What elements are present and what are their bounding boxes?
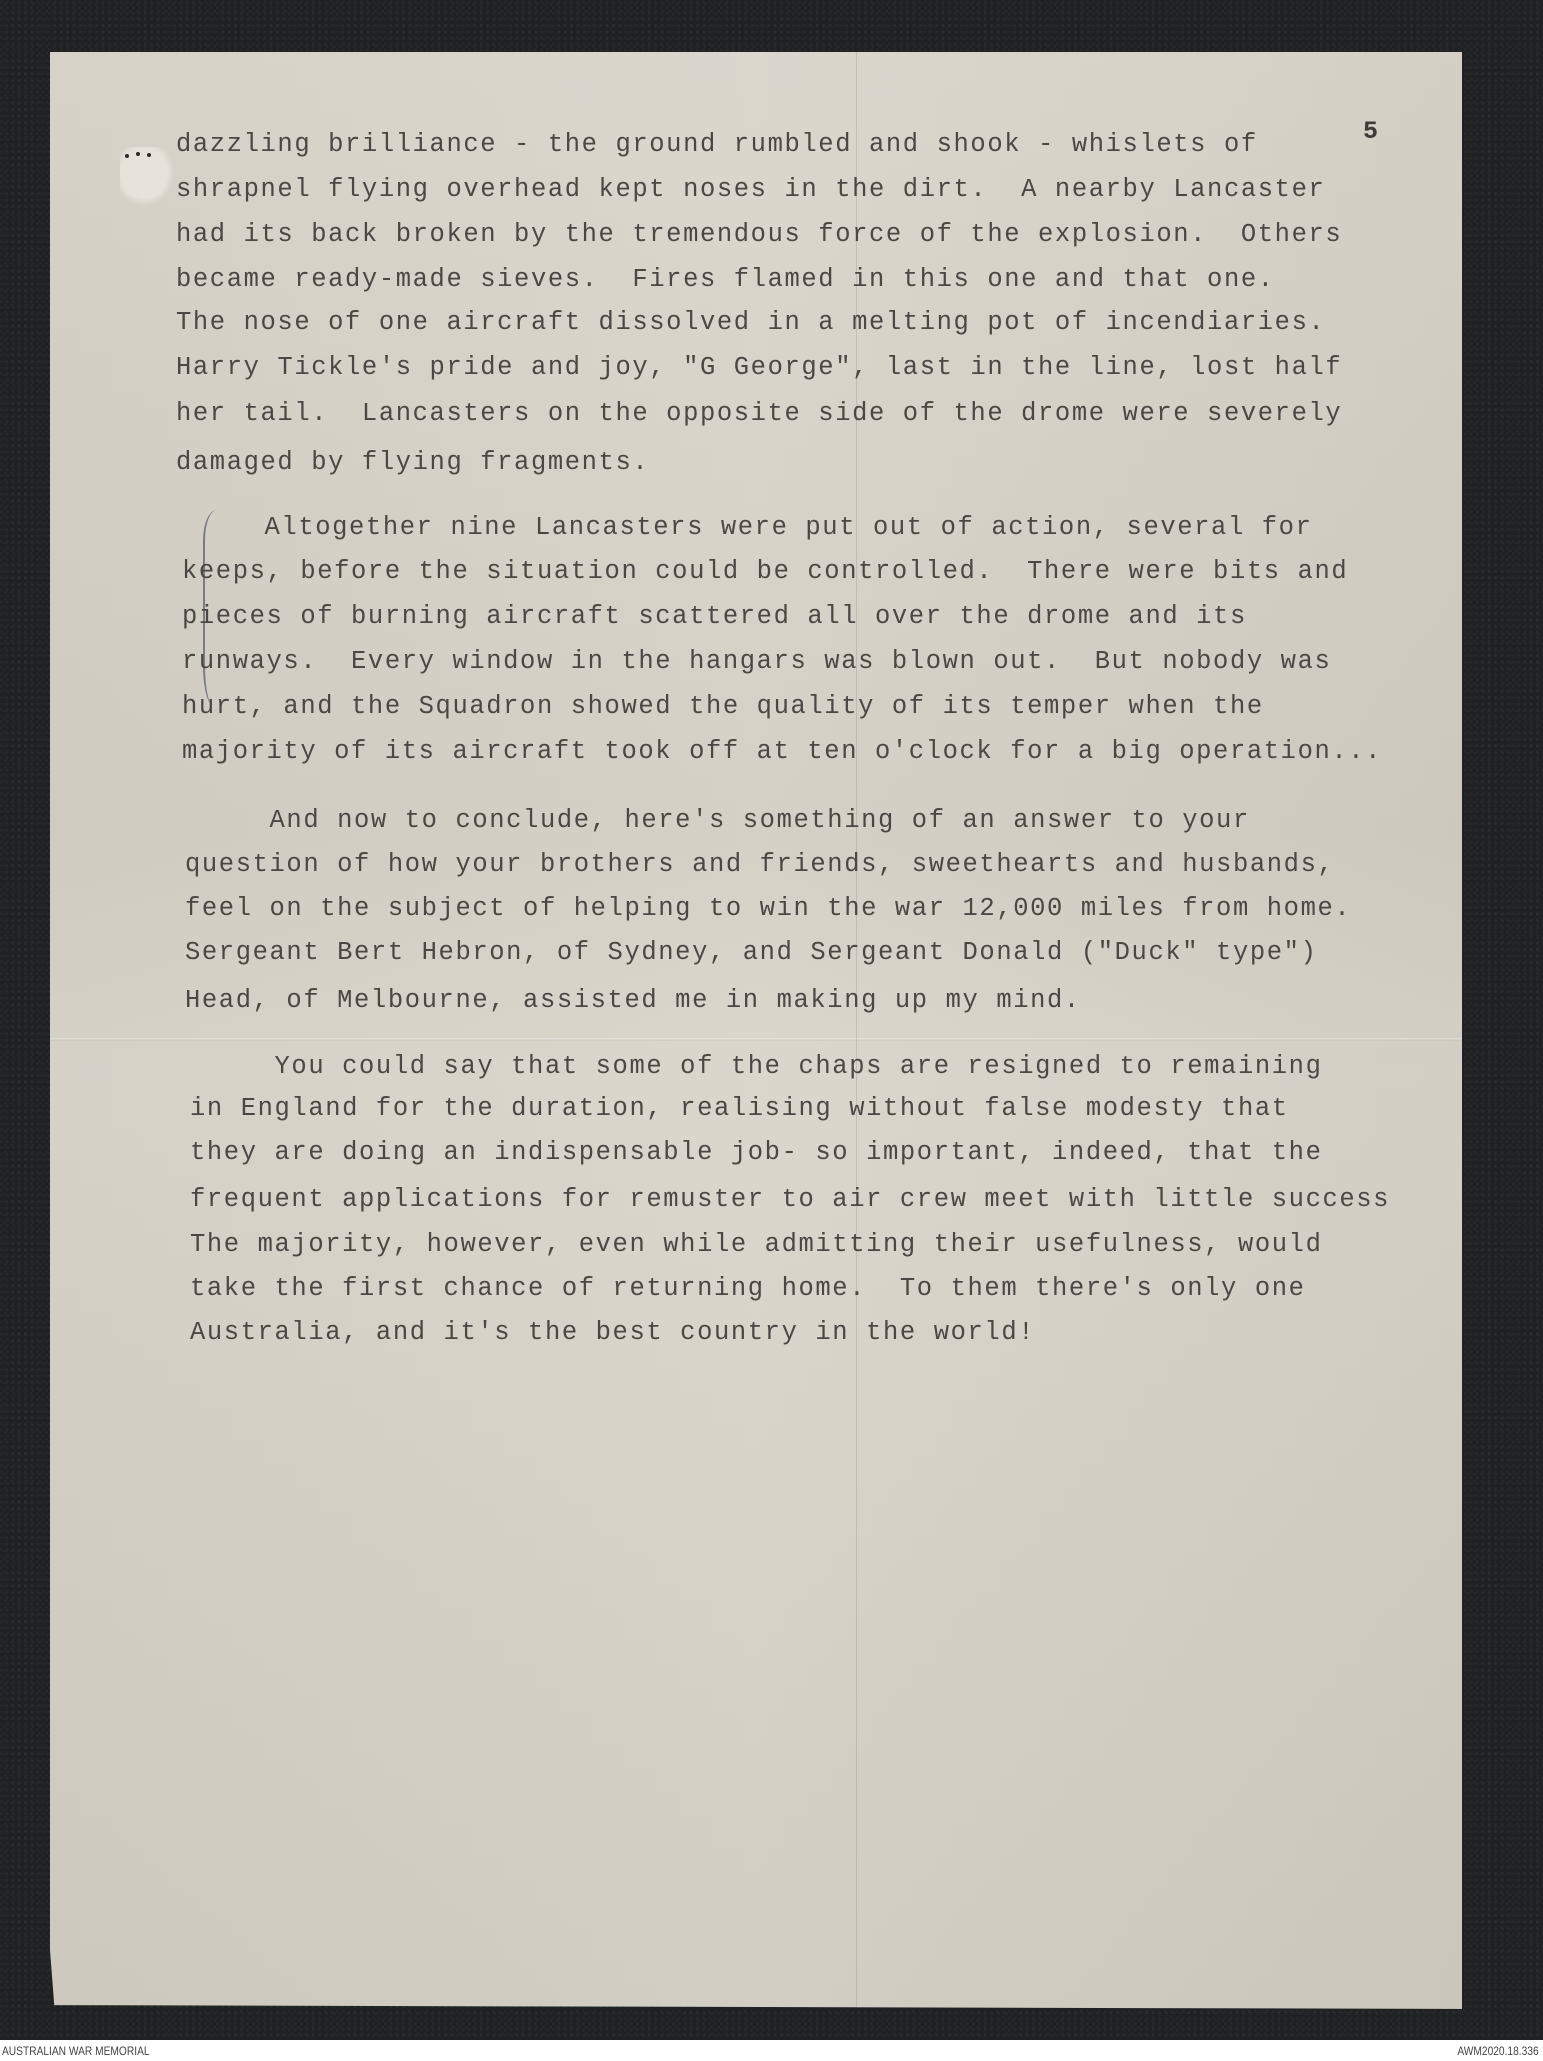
text-line: they are doing an indispensable job- so … (190, 1138, 1322, 1168)
text-line: Altogether nine Lancasters were put out … (180, 513, 1312, 543)
archive-footer: AUSTRALIAN WAR MEMORIAL AWM2020.18.336 (0, 2040, 1543, 2061)
text-line: her tail. Lancasters on the opposite sid… (176, 399, 1342, 429)
text-line: Australia, and it's the best country in … (190, 1318, 1035, 1348)
text-line: shrapnel flying overhead kept noses in t… (176, 175, 1325, 205)
text-line: question of how your brothers and friend… (185, 850, 1334, 880)
staple-hole-marks (125, 152, 155, 160)
text-line: dazzling brilliance - the ground rumbled… (176, 130, 1258, 160)
text-line: The nose of one aircraft dissolved in a … (176, 308, 1325, 338)
text-line: The majority, however, even while admitt… (190, 1230, 1322, 1260)
text-line: pieces of burning aircraft scattered all… (182, 602, 1247, 632)
paper-fold-vertical (856, 52, 857, 2009)
text-line: had its back broken by the tremendous fo… (176, 220, 1342, 250)
text-line: feel on the subject of helping to win th… (185, 894, 1351, 924)
text-line: Harry Tickle's pride and joy, "G George"… (176, 353, 1342, 383)
typewritten-page (50, 52, 1462, 2009)
text-line: frequent applications for remuster to ai… (190, 1185, 1390, 1215)
text-line: You could say that some of the chaps are… (190, 1052, 1322, 1082)
text-line: Head, of Melbourne, assisted me in makin… (185, 986, 1081, 1016)
text-line: keeps, before the situation could be con… (182, 557, 1348, 587)
text-line: Sergeant Bert Hebron, of Sydney, and Ser… (185, 938, 1317, 968)
text-line: majority of its aircraft took off at ten… (182, 737, 1382, 767)
text-line: hurt, and the Squadron showed the qualit… (182, 692, 1264, 722)
text-line: And now to conclude, here's something of… (185, 806, 1250, 836)
accession-number: AWM2020.18.336 (1458, 2044, 1539, 2058)
paper-fold-horizontal (50, 1038, 1462, 1041)
text-line: in England for the duration, realising w… (190, 1094, 1289, 1124)
page-number: 5 (1363, 117, 1378, 146)
text-line: runways. Every window in the hangars was… (182, 647, 1331, 677)
text-line: take the first chance of returning home.… (190, 1274, 1306, 1304)
text-line: damaged by flying fragments. (176, 448, 649, 478)
institution-label: AUSTRALIAN WAR MEMORIAL (2, 2044, 150, 2058)
text-line: became ready-made sieves. Fires flamed i… (176, 265, 1275, 295)
